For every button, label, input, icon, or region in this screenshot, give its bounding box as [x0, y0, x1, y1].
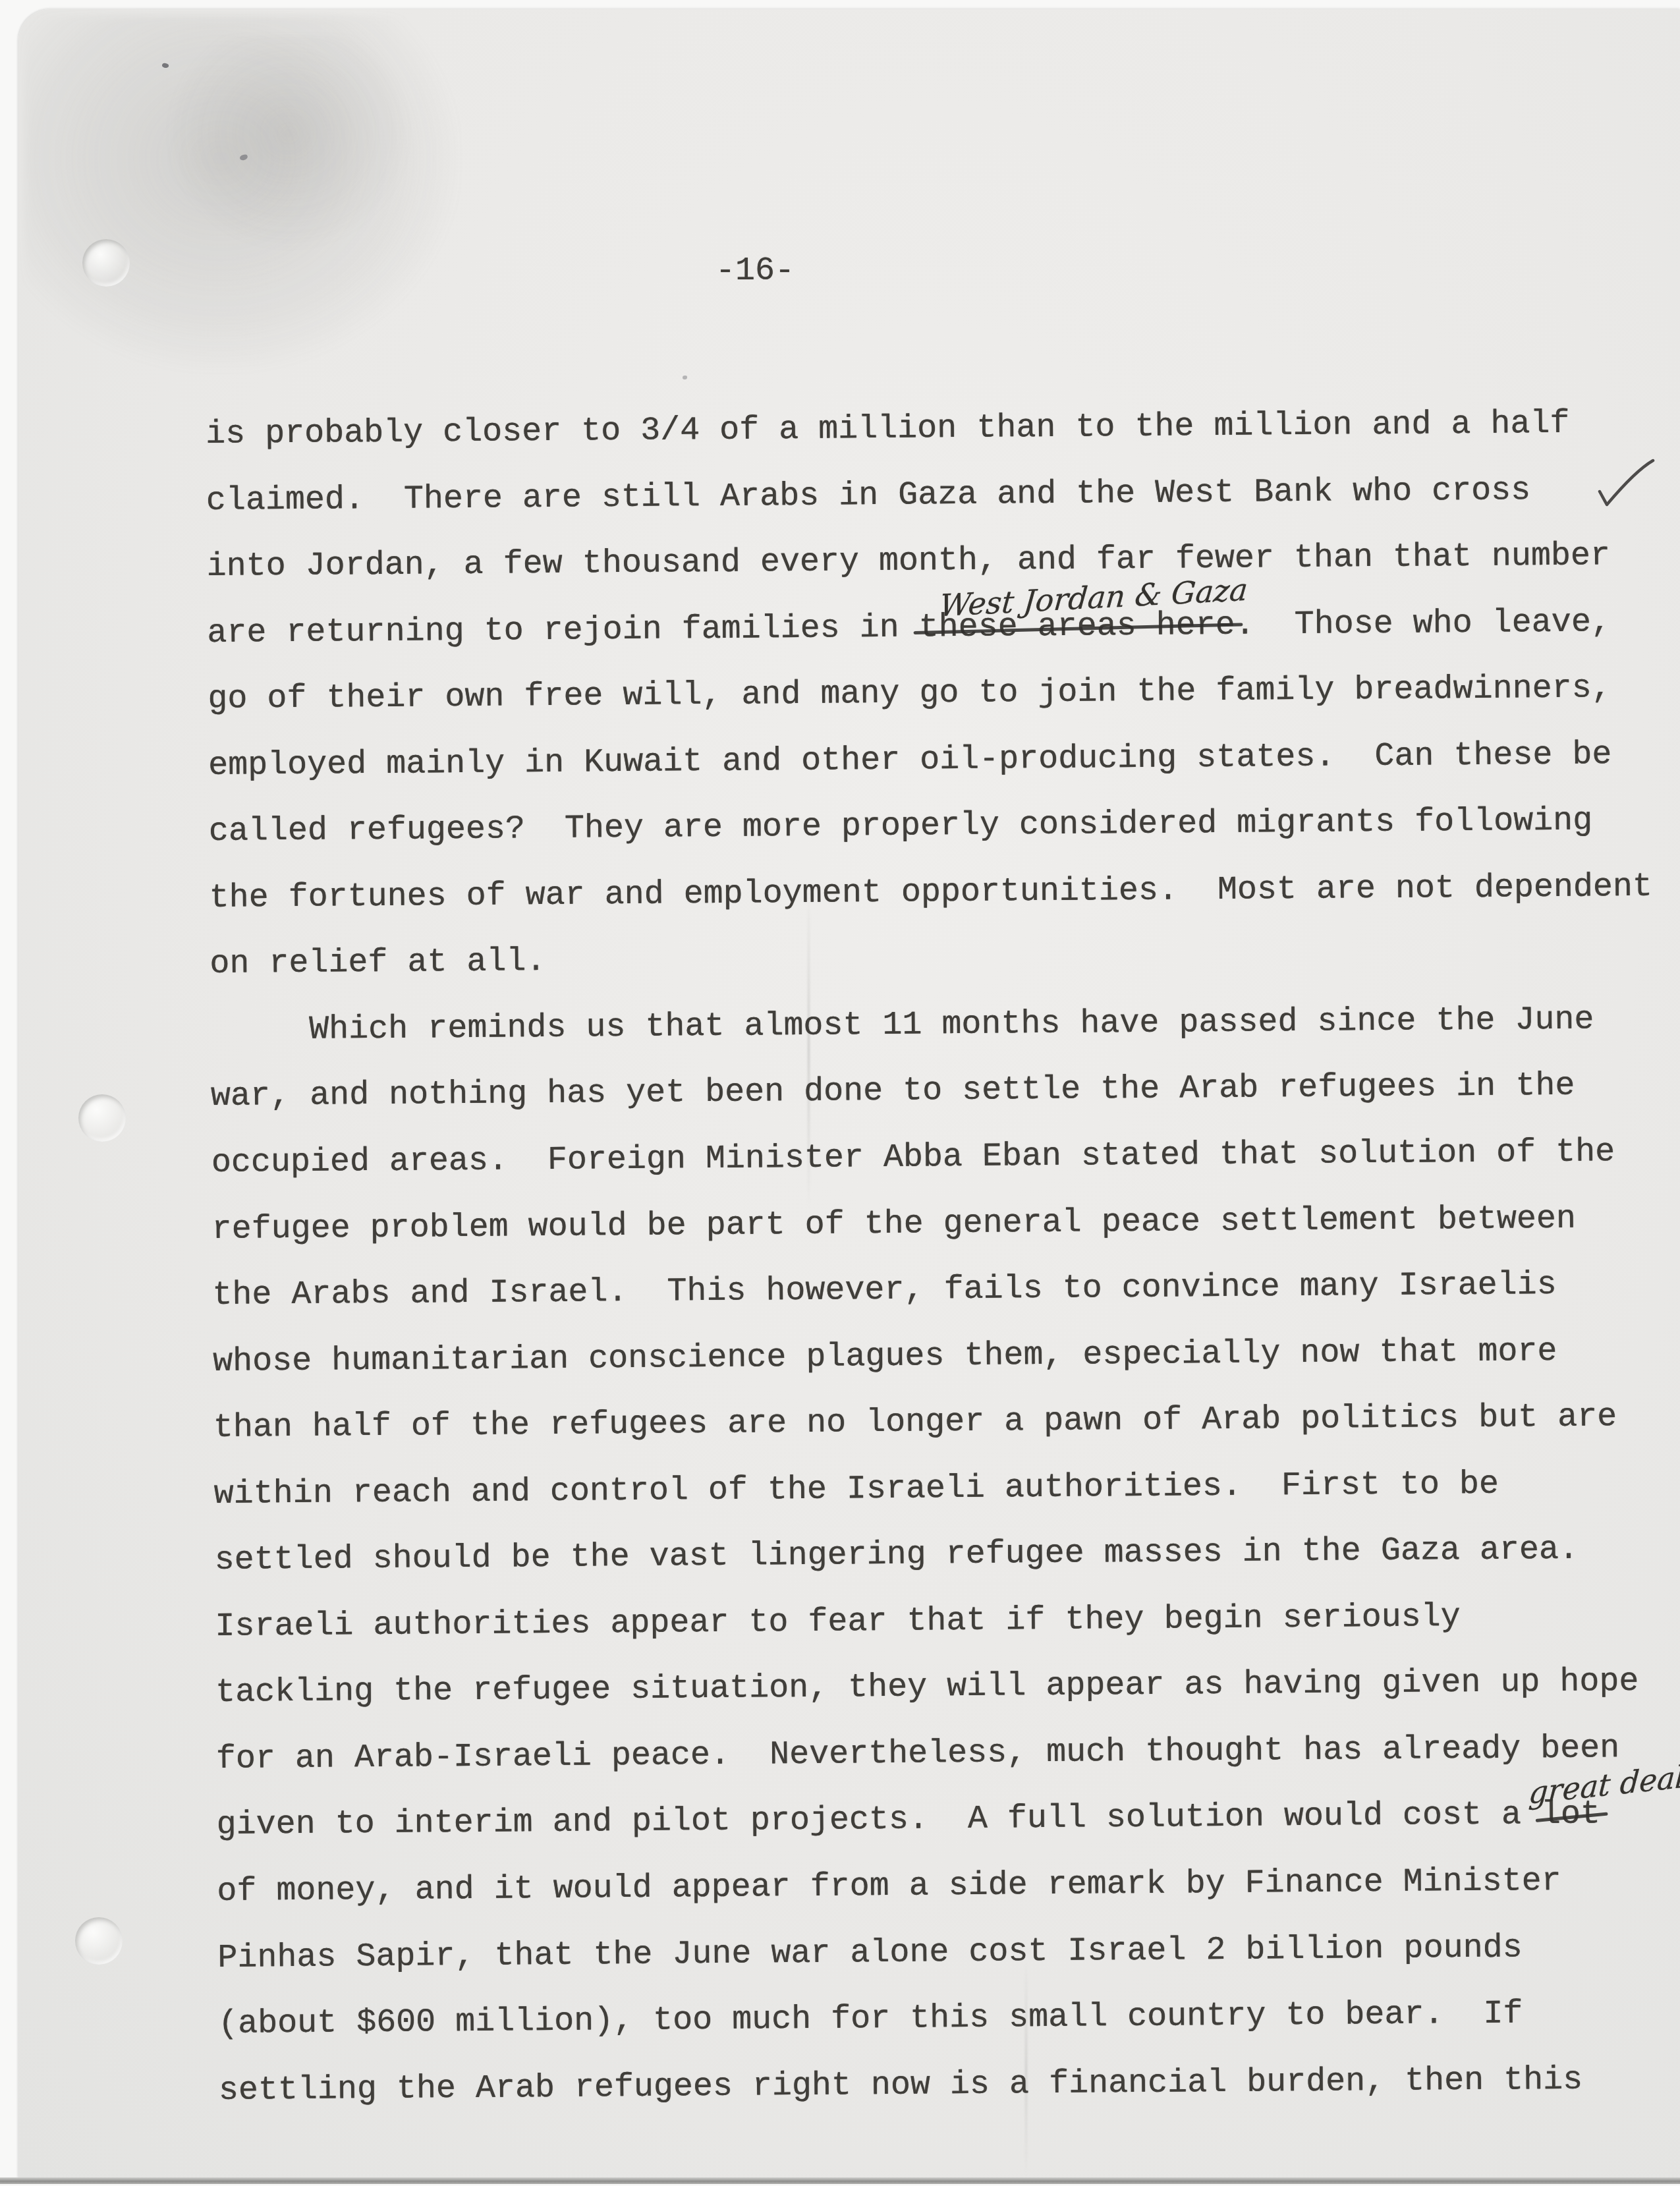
typed-text: for an Arab-Israeli peace. Nevertheless,…: [216, 1729, 1620, 1778]
typed-text: of money, and it would appear from a sid…: [217, 1863, 1561, 1911]
typed-line: within reach and control of the Israeli …: [213, 1450, 1680, 1528]
typed-text: settling the Arab refugees right now is …: [219, 2061, 1583, 2109]
typed-line: given to interim and pilot projects. A f…: [216, 1781, 1680, 1859]
typed-line: on relief at all.: [210, 920, 1679, 998]
typed-text: settled should be the vast lingering ref…: [214, 1531, 1579, 1579]
typed-text: given to interim and pilot projects. A f…: [216, 1797, 1541, 1845]
typed-line: refugee problem would be part of the gen…: [211, 1185, 1680, 1263]
typed-line: for an Arab-Israeli peace. Nevertheless,…: [216, 1715, 1680, 1793]
hole-punch-mark: [75, 1917, 123, 1965]
typewritten-text-block: is probably closer to 3/4 of a million t…: [206, 391, 1680, 2125]
typed-text: go of their own free will, and many go t…: [208, 669, 1611, 718]
typed-text: called refugees? They are more properly …: [209, 802, 1593, 851]
typed-text: within reach and control of the Israeli …: [214, 1465, 1499, 1513]
typed-text: the fortunes of war and employment oppor…: [209, 868, 1652, 917]
page-number: -16-: [715, 255, 795, 288]
hole-punch-mark: [78, 1094, 126, 1142]
paper-speck: [683, 376, 687, 379]
typed-line: whose humanitarian conscience plagues th…: [213, 1318, 1680, 1395]
typed-line: Israeli authorities appear to fear that …: [215, 1583, 1680, 1660]
typed-line: the Arabs and Israel. This however, fail…: [212, 1252, 1680, 1330]
typed-line: than half of the refugees are no longer …: [213, 1384, 1680, 1462]
typed-line: Which reminds us that almost 11 months h…: [210, 986, 1680, 1064]
fingerprint-smudge: [163, 36, 414, 253]
typed-line: war, and nothing has yet been done to se…: [211, 1053, 1680, 1131]
pen-checkmark-icon: [1596, 459, 1656, 509]
fingerprint-smudge: [25, 16, 460, 372]
typed-line: (about $600 million), too much for this …: [218, 1980, 1680, 2058]
typed-text: Pinhas Sapir, that the June war alone co…: [217, 1929, 1523, 1977]
typed-text: refugee problem would be part of the gen…: [211, 1200, 1576, 1248]
typed-text: claimed. There are still Arabs in Gaza a…: [206, 472, 1531, 520]
scanned-document: -16- is probably closer to 3/4 of a mill…: [0, 0, 1680, 2186]
typed-text: employed mainly in Kuwait and other oil-…: [208, 736, 1612, 785]
typed-line: the fortunes of war and employment oppor…: [209, 854, 1679, 932]
typed-text: Which reminds us that almost 11 months h…: [210, 1001, 1594, 1049]
typed-text: is probably closer to 3/4 of a million t…: [206, 405, 1570, 453]
paper-speck: [239, 154, 248, 161]
typed-text: than half of the refugees are no longer …: [213, 1398, 1617, 1447]
typed-line: is probably closer to 3/4 of a million t…: [206, 391, 1675, 468]
page-bottom-edge: [0, 2177, 1680, 2184]
typed-text: whose humanitarian conscience plagues th…: [213, 1333, 1557, 1381]
typed-line: called refugees? They are more properly …: [208, 788, 1678, 866]
typed-text: are returning to rejoin families in: [207, 609, 919, 652]
typed-line: go of their own free will, and many go t…: [208, 656, 1677, 733]
typed-text: (about $600 million), too much for this …: [218, 1996, 1523, 2044]
paper-speck: [161, 63, 169, 69]
typed-line: settled should be the vast lingering ref…: [214, 1517, 1680, 1594]
typed-line: occupied areas. Foreign Minister Abba Eb…: [211, 1119, 1680, 1197]
typed-text: war, and nothing has yet been done to se…: [211, 1067, 1575, 1115]
typed-text: Israeli authorities appear to fear that …: [215, 1598, 1461, 1646]
typed-text: tackling the refugee situation, they wil…: [215, 1663, 1639, 1712]
typed-text: the Arabs and Israel. This however, fail…: [212, 1266, 1557, 1314]
typed-line: tackling the refugee situation, they wil…: [215, 1649, 1680, 1727]
typed-line: of money, and it would appear from a sid…: [217, 1847, 1680, 1925]
typed-text: on relief at all.: [210, 943, 546, 983]
typed-line: settling the Arab refugees right now is …: [218, 2046, 1680, 2124]
document-page: -16- is probably closer to 3/4 of a mill…: [18, 9, 1680, 2178]
typed-line: claimed. There are still Arabs in Gaza a…: [206, 457, 1676, 534]
hole-punch-mark: [82, 239, 130, 287]
typed-text: . Those who leave,: [1235, 603, 1611, 644]
typed-text: occupied areas. Foreign Minister Abba Eb…: [211, 1133, 1615, 1182]
typed-text: into Jordan, a few thousand every month,…: [206, 537, 1610, 586]
typed-line: Pinhas Sapir, that the June war alone co…: [217, 1914, 1680, 1992]
typed-line: employed mainly in Kuwait and other oil-…: [208, 721, 1678, 799]
